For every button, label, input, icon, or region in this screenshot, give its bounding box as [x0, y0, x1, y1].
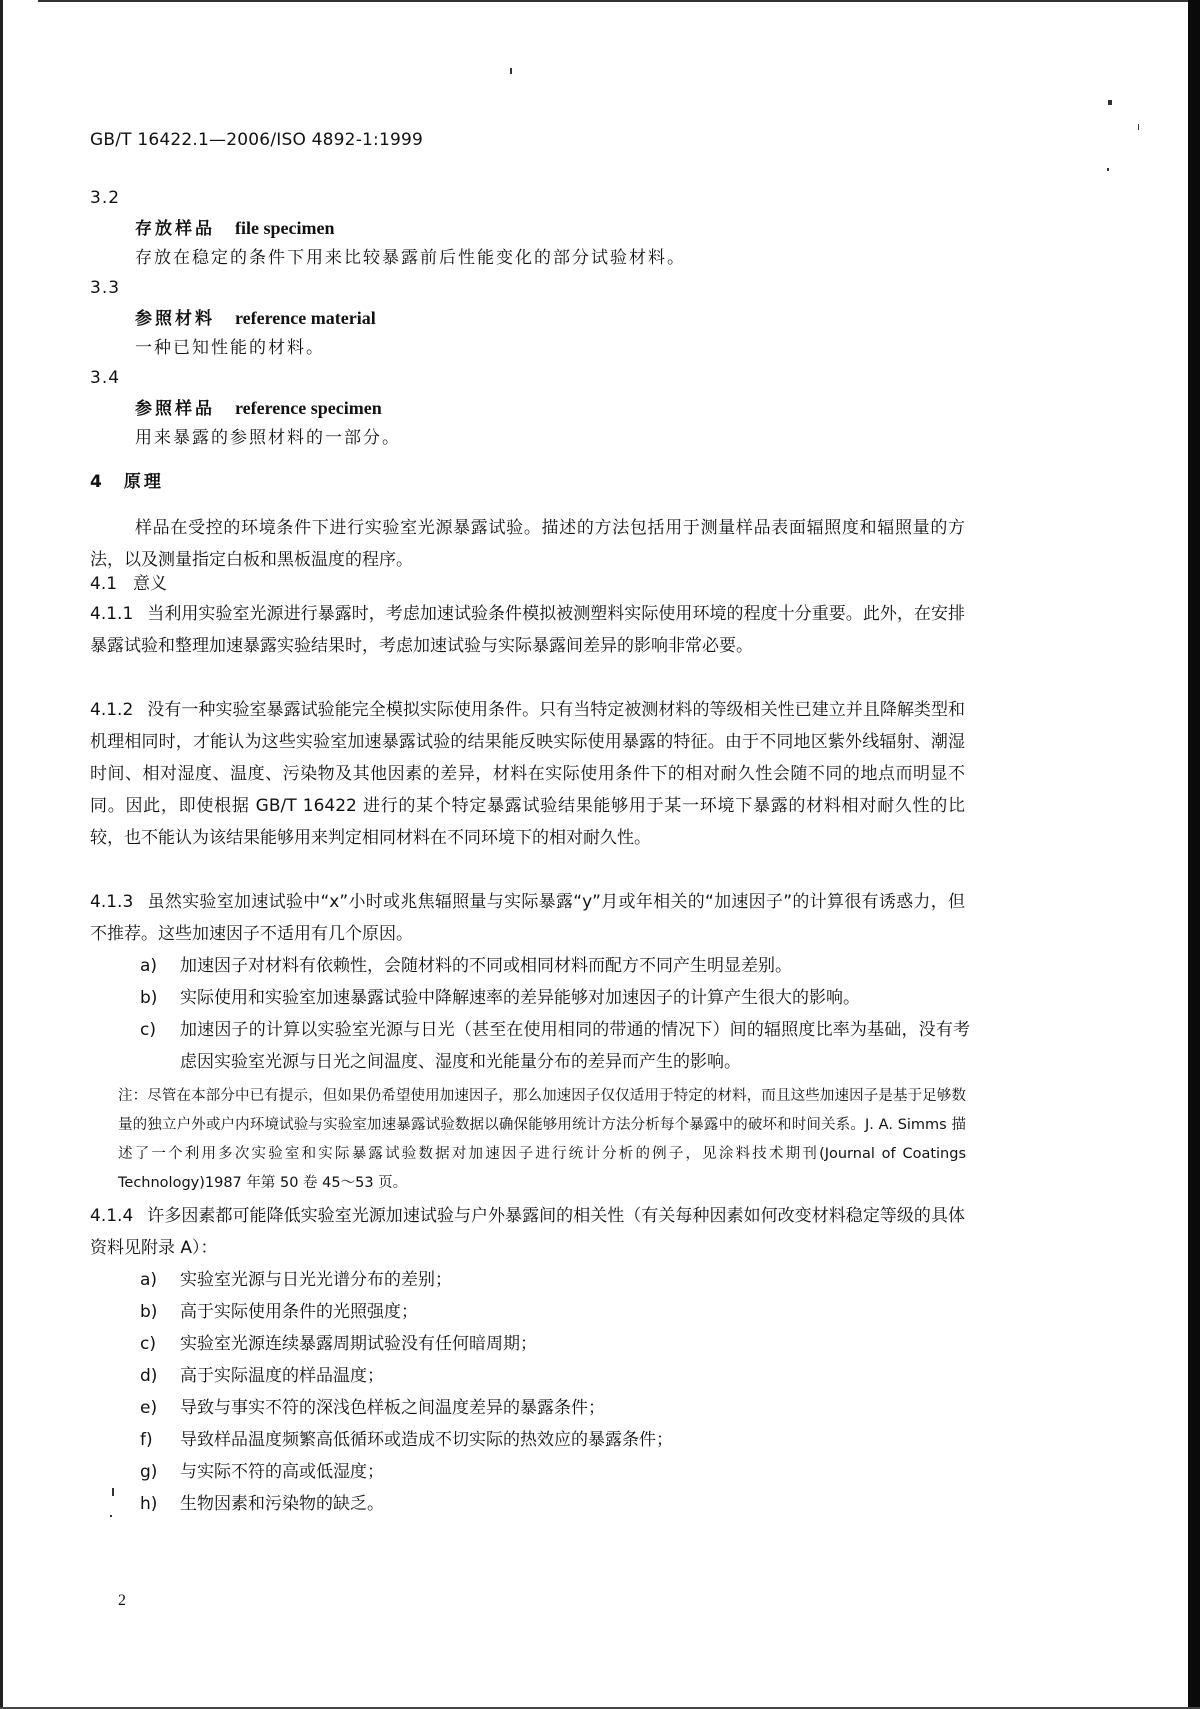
- list-label: e): [140, 1392, 180, 1424]
- list-text: 导致与事实不符的深浅色样板之间温度差异的暴露条件；: [180, 1398, 605, 1418]
- scan-speck: [1107, 168, 1109, 171]
- section-heading: 4原理: [90, 470, 164, 494]
- standard-code: GB/T 16422.1—2006/ISO 4892-1:1999: [90, 130, 423, 150]
- clause-number: 3.4: [90, 366, 120, 390]
- scan-border-top: [38, 0, 1198, 2]
- list-item: h)生物因素和污染物的缺乏。: [140, 1488, 970, 1520]
- clause-text: 许多因素都可能降低实验室光源加速试验与户外暴露间的相关性（有关每种因素如何改变材…: [90, 1206, 965, 1258]
- definition-text: 用来暴露的参照材料的一部分。: [135, 426, 401, 450]
- term-en: reference specimen: [235, 398, 382, 418]
- clause-number: 4.1.3: [90, 892, 133, 912]
- scan-border-left: [0, 0, 3, 1709]
- clause-text: 虽然实验室加速试验中“x”小时或兆焦辐照量与实际暴露“y”月或年相关的“加速因子…: [90, 892, 965, 944]
- clause-number: 3.3: [90, 276, 120, 300]
- definition-term: 参照样品reference specimen: [135, 396, 382, 421]
- page-number: 2: [118, 1592, 126, 1610]
- definition-term: 存放样品file specimen: [135, 216, 334, 241]
- subsection-title: 意义: [133, 574, 167, 594]
- term-zh: 存放样品: [135, 219, 215, 239]
- list-item: a)加速因子对材料有依赖性，会随材料的不同或相同材料而配方不同产生明显差别。: [140, 950, 970, 982]
- list-label: d): [140, 1360, 180, 1392]
- list-label: c): [140, 1328, 180, 1360]
- list-item: g)与实际不符的高或低湿度；: [140, 1456, 970, 1488]
- list-label: a): [140, 1264, 180, 1296]
- list-text: 与实际不符的高或低湿度；: [180, 1462, 384, 1482]
- paragraph-4-1-2: 4.1.2没有一种实验室暴露试验能完全模拟实际使用条件。只有当特定被测材料的等级…: [90, 694, 965, 854]
- list-item: c)实验室光源连续暴露周期试验没有任何暗周期；: [140, 1328, 970, 1360]
- section-intro-paragraph: 样品在受控的环境条件下进行实验室光源暴露试验。描述的方法包括用于测量样品表面辐照…: [90, 512, 965, 576]
- clause-number: 4.1.4: [90, 1206, 133, 1226]
- list-label: b): [140, 982, 180, 1014]
- scan-speck: [1138, 124, 1139, 130]
- list-label: a): [140, 950, 180, 982]
- paragraph-4-1-3: 4.1.3虽然实验室加速试验中“x”小时或兆焦辐照量与实际暴露“y”月或年相关的…: [90, 886, 965, 950]
- list-item: a)实验室光源与日光光谱分布的差别；: [140, 1264, 970, 1296]
- list-label: h): [140, 1488, 180, 1520]
- document-page: GB/T 16422.1—2006/ISO 4892-1:1999 3.2 存放…: [0, 0, 1200, 1709]
- list-item: d)高于实际温度的样品温度；: [140, 1360, 970, 1392]
- list-text: 实验室光源与日光光谱分布的差别；: [180, 1270, 452, 1290]
- list-text: 加速因子对材料有依赖性，会随材料的不同或相同材料而配方不同产生明显差别。: [180, 956, 792, 976]
- list-item: e)导致与事实不符的深浅色样板之间温度差异的暴露条件；: [140, 1392, 970, 1424]
- term-en: reference material: [235, 308, 376, 328]
- list-label: b): [140, 1296, 180, 1328]
- clause-text: 没有一种实验室暴露试验能完全模拟实际使用条件。只有当特定被测材料的等级相关性已建…: [90, 700, 965, 848]
- scan-speck: [112, 1488, 114, 1496]
- definition-term: 参照材料reference material: [135, 306, 376, 331]
- scan-border-right: [1188, 0, 1200, 1709]
- list-text: 导致样品温度频繁高低循环或造成不切实际的热效应的暴露条件；: [180, 1430, 673, 1450]
- list-text: 实验室光源连续暴露周期试验没有任何暗周期；: [180, 1334, 537, 1354]
- list-item: c)加速因子的计算以实验室光源与日光（甚至在使用相同的带通的情况下）间的辐照度比…: [140, 1014, 970, 1078]
- list-text: 高于实际使用条件的光照强度；: [180, 1302, 418, 1322]
- list-item: b)实际使用和实验室加速暴露试验中降解速率的差异能够对加速因子的计算产生很大的影…: [140, 982, 970, 1014]
- note: 注：尽管在本部分中已有提示，但如果仍希望使用加速因子，那么加速因子仅仅适用于特定…: [118, 1082, 966, 1198]
- list-item: f)导致样品温度频繁高低循环或造成不切实际的热效应的暴露条件；: [140, 1424, 970, 1456]
- clause-number: 4.1.1: [90, 604, 133, 624]
- term-zh: 参照材料: [135, 309, 215, 329]
- scan-speck: [1108, 100, 1112, 105]
- term-zh: 参照样品: [135, 399, 215, 419]
- standard-code-header: GB/T 16422.1—2006/ISO 4892-1:1999: [90, 130, 423, 150]
- subsection-heading: 4.1意义: [90, 572, 167, 596]
- paragraph-4-1-4: 4.1.4许多因素都可能降低实验室光源加速试验与户外暴露间的相关性（有关每种因素…: [90, 1200, 965, 1264]
- clause-text: 当利用实验室光源进行暴露时，考虑加速试验条件模拟被测塑料实际使用环境的程度十分重…: [90, 604, 965, 656]
- list-text: 实际使用和实验室加速暴露试验中降解速率的差异能够对加速因子的计算产生很大的影响。: [180, 988, 860, 1008]
- section-number: 4: [90, 472, 102, 492]
- scan-speck: [110, 1515, 112, 1517]
- list-label: f): [140, 1424, 180, 1456]
- clause-number: 3.2: [90, 186, 120, 210]
- note-label: 注：: [118, 1088, 147, 1104]
- list-text: 加速因子的计算以实验室光源与日光（甚至在使用相同的带通的情况下）间的辐照度比率为…: [180, 1014, 970, 1078]
- term-en: file specimen: [235, 218, 334, 238]
- section-title: 原理: [124, 472, 164, 492]
- definition-text: 存放在稳定的条件下用来比较暴露前后性能变化的部分试验材料。: [135, 246, 686, 270]
- subsection-number: 4.1: [90, 574, 117, 594]
- definition-text: 一种已知性能的材料。: [135, 336, 325, 360]
- clause-number: 4.1.2: [90, 700, 133, 720]
- list-label: g): [140, 1456, 180, 1488]
- paragraph-4-1-1: 4.1.1当利用实验室光源进行暴露时，考虑加速试验条件模拟被测塑料实际使用环境的…: [90, 598, 965, 662]
- list-text: 生物因素和污染物的缺乏。: [180, 1494, 384, 1514]
- list-text: 高于实际温度的样品温度；: [180, 1366, 384, 1386]
- list-label: c): [140, 1014, 180, 1046]
- scan-speck: [510, 68, 512, 74]
- list-item: b)高于实际使用条件的光照强度；: [140, 1296, 970, 1328]
- note-text: 尽管在本部分中已有提示，但如果仍希望使用加速因子，那么加速因子仅仅适用于特定的材…: [118, 1088, 966, 1191]
